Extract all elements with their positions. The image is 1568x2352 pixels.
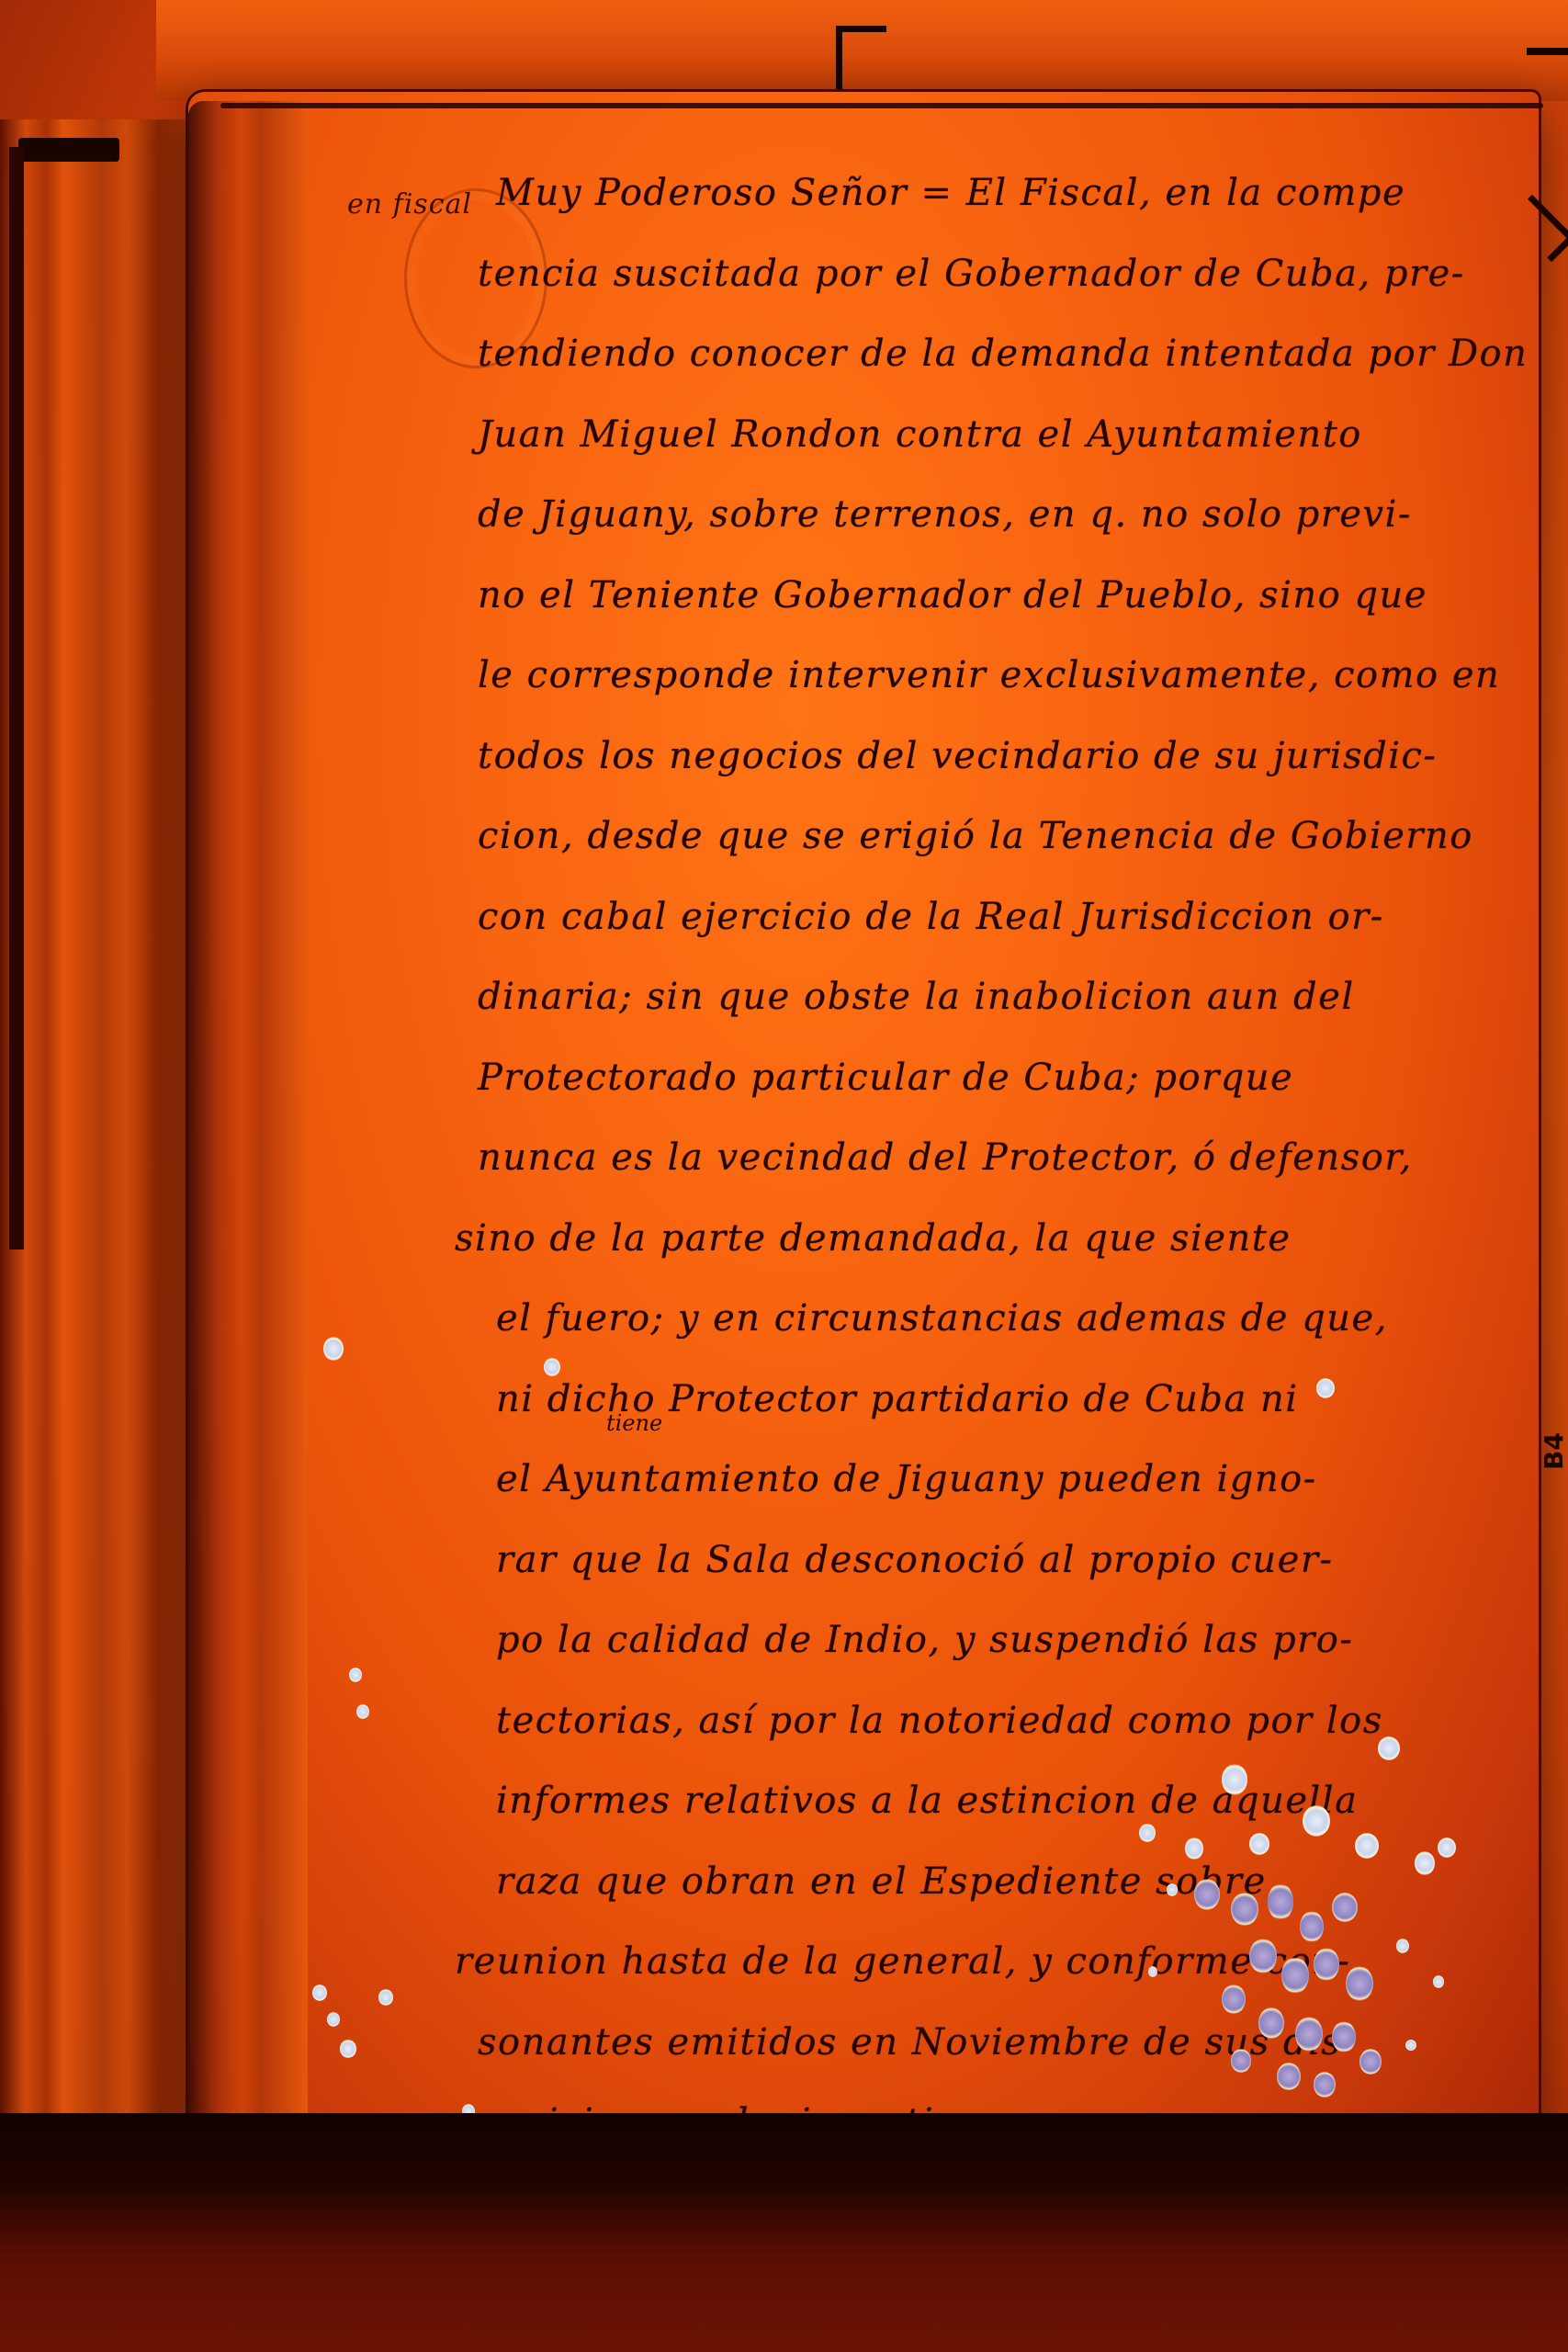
stain-spot xyxy=(1148,1966,1157,1977)
stain-spot xyxy=(1222,1764,1247,1795)
stain-spot xyxy=(1300,1911,1324,1942)
stain-spot xyxy=(1438,1837,1456,1858)
stain-spot xyxy=(1185,1837,1203,1860)
stain-spot xyxy=(1314,1948,1339,1981)
stain-spot xyxy=(349,1668,362,1682)
stain-spot xyxy=(1303,1805,1330,1837)
text-line: cion, desde que se erigió la Tenencia de… xyxy=(478,808,1488,889)
manuscript-text: Muy Poderoso Señor = El Fiscal, en la co… xyxy=(496,165,1488,2176)
stain-spot xyxy=(1139,1824,1156,1842)
page-top-edge xyxy=(220,103,1543,108)
stain-spot xyxy=(1332,1893,1358,1922)
archive-ref-label-right: B4 xyxy=(1539,1432,1568,1470)
text-line: tendiendo conocer de la demanda intentad… xyxy=(478,326,1488,407)
stain-spot xyxy=(1396,1939,1409,1953)
stain-spot xyxy=(340,2040,356,2058)
text-line: le corresponde intervenir exclusivamente… xyxy=(478,648,1488,729)
stain-spot xyxy=(312,1984,327,2001)
stain-spot xyxy=(1316,1378,1335,1398)
stain-spot xyxy=(1405,2040,1416,2051)
stain-spot xyxy=(1359,2049,1382,2075)
archive-corner-bracket xyxy=(836,26,886,98)
text-line: tencia suscitada por el Gobernador de Cu… xyxy=(478,246,1488,327)
text-line: todos los negocios del vecindario de su … xyxy=(478,729,1488,809)
text-line: dinaria; sin que obste la inabolicion au… xyxy=(478,969,1488,1050)
stain-spot xyxy=(1346,1966,1373,2001)
stain-spot xyxy=(1249,1833,1269,1855)
page-gutter-shadow xyxy=(188,101,308,2141)
stain-spot xyxy=(1268,1883,1293,1920)
text-line: Juan Miguel Rondon contra el Ayuntamient… xyxy=(478,407,1488,488)
back-page-spine xyxy=(9,147,24,1249)
text-line: no el Teniente Gobernador del Pueblo, si… xyxy=(478,568,1488,649)
text-line: el Ayuntamiento de Jiguany pueden igno- xyxy=(496,1452,1488,1532)
stain-spot xyxy=(1332,2021,1356,2052)
text-line: Protectorado particular de Cuba; porque xyxy=(478,1050,1488,1131)
back-page-edge xyxy=(18,138,119,162)
stacked-back-pages xyxy=(0,119,211,2141)
stain-spot xyxy=(327,2012,340,2027)
text-line: rar que la Sala desconoció al propio cue… xyxy=(496,1532,1488,1613)
margin-note: en fiscal xyxy=(347,188,472,220)
text-line: po la calidad de Indio, y suspendió las … xyxy=(496,1612,1488,1693)
interlinear-insertion: tiene xyxy=(606,1410,662,1436)
stain-spot xyxy=(1314,2072,1336,2098)
stain-spot xyxy=(323,1337,344,1361)
text-line: sino de la parte demandada, la que sient… xyxy=(455,1211,1488,1292)
stain-spot xyxy=(544,1358,560,1376)
stain-spot xyxy=(1355,1833,1379,1859)
bottom-shadow xyxy=(0,2113,1568,2352)
stain-spot xyxy=(1231,2049,1251,2073)
stain-spot xyxy=(1194,1879,1220,1910)
stain-spot xyxy=(1167,1883,1178,1896)
text-line: informes relativos a la estincion de aqu… xyxy=(496,1773,1488,1854)
stain-spot xyxy=(1277,2063,1301,2090)
stain-spot xyxy=(1281,1957,1309,1994)
stain-spot xyxy=(1378,1736,1400,1760)
stain-spot xyxy=(356,1704,369,1719)
stain-spot xyxy=(378,1989,393,2006)
text-line: nunca es la vecindad del Protector, ó de… xyxy=(478,1130,1488,1211)
text-line: de Jiguany, sobre terrenos, en q. no sol… xyxy=(478,487,1488,568)
text-line: con cabal ejercicio de la Real Jurisdicc… xyxy=(478,889,1488,970)
archive-ref-mark xyxy=(1527,48,1568,55)
stain-spot xyxy=(1295,2017,1323,2052)
stain-spot xyxy=(1258,2007,1284,2039)
stain-spot xyxy=(1249,1939,1277,1973)
stain-spot xyxy=(1433,1975,1444,1988)
text-line: el fuero; y en circunstancias ademas de … xyxy=(496,1291,1488,1372)
stain-spot xyxy=(1415,1851,1435,1875)
stain-spot xyxy=(1231,1893,1258,1926)
text-line: Muy Poderoso Señor = El Fiscal, en la co… xyxy=(496,165,1488,246)
stain-spot xyxy=(1222,1984,1246,2014)
text-line: tectorias, así por la notoriedad como po… xyxy=(496,1693,1488,1774)
